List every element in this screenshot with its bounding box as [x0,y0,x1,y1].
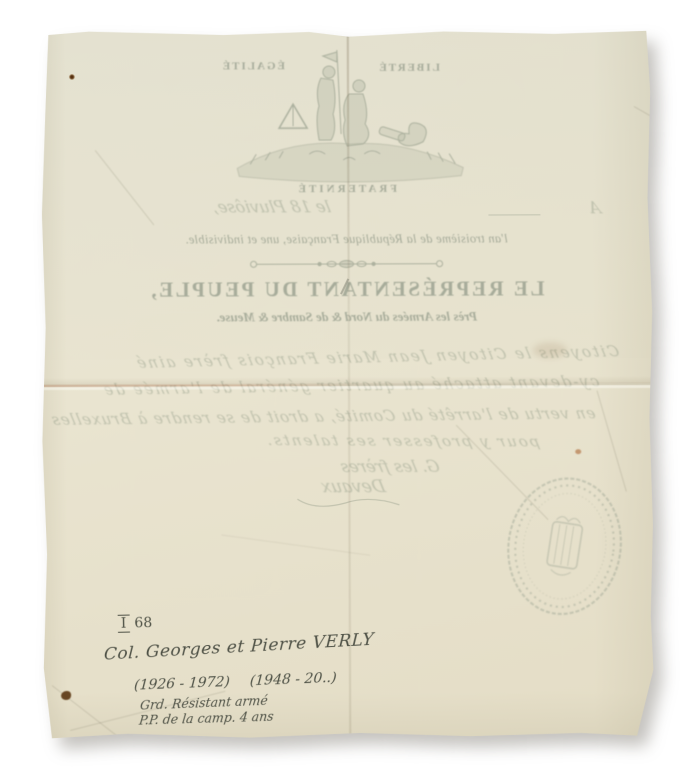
motto-liberte: LIBERTÉ [377,62,440,74]
pinhole-stain [69,74,75,80]
brown-stain [61,691,71,700]
document-paper: LIBERTÉ ÉGALITÉ FRATERNITÉ A le 18 Pluvi… [40,28,654,739]
index-number: 68 [134,615,152,631]
mirrored-handwriting-line: pour y professer ses talents. [263,431,541,450]
motto-egalite: ÉGALITÉ [221,60,285,72]
mirrored-signature-name: Devaux [319,477,387,497]
dateline-place: A [587,198,603,217]
dateline-date: le 18 Pluviôse, [210,197,332,216]
inventory-index-annotation: I68 [118,615,153,632]
dates-range-2: (1948 - 20..) [249,670,337,689]
smudge-stain [533,342,567,358]
rust-stain [575,449,581,454]
dateline-blank-rule [488,214,540,215]
oval-stamp-icon [490,462,639,630]
photo-canvas: LIBERTÉ ÉGALITÉ FRATERNITÉ A le 18 Pluvi… [0,0,700,770]
mirrored-handwriting-line: en vertu de l'arrêté du Comité, a droit … [49,404,597,429]
mirrored-signature-line: G. les frères [339,457,442,476]
top-edge-tear [338,28,358,37]
index-roman-numeral: I [118,615,130,633]
paper-shadow: LIBERTÉ ÉGALITÉ FRATERNITÉ A le 18 Pluvi… [40,28,654,739]
